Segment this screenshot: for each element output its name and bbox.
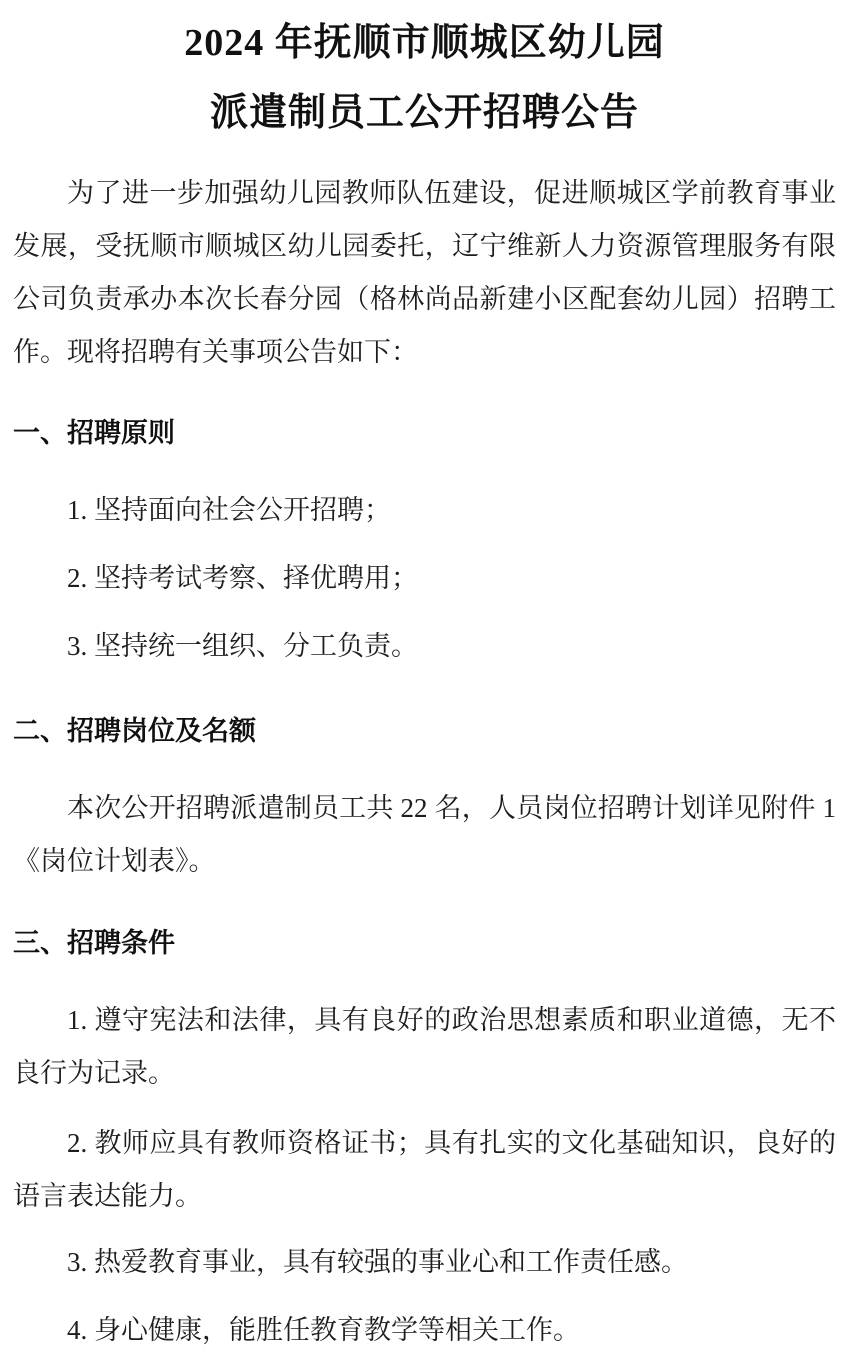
section-1-item-1: 1. 坚持面向社会公开招聘； — [13, 484, 836, 537]
section-2-heading: 二、招聘岗位及名额 — [13, 705, 836, 758]
section-1-item-3: 3. 坚持统一组织、分工负责。 — [13, 620, 836, 673]
section-3-item-4: 4. 身心健康，能胜任教育教学等相关工作。 — [13, 1304, 836, 1357]
section-2-paragraph: 本次公开招聘派遣制员工共 22 名，人员岗位招聘计划详见附件 1《岗位计划表》。 — [13, 782, 836, 888]
announcement-document: 2024 年抚顺市顺城区幼儿园 派遣制员工公开招聘公告 为了进一步加强幼儿园教师… — [13, 8, 836, 1357]
intro-paragraph: 为了进一步加强幼儿园教师队伍建设，促进顺城区学前教育事业发展，受抚顺市顺城区幼儿… — [13, 167, 836, 379]
section-1-heading: 一、招聘原则 — [13, 407, 836, 460]
section-3-item-2: 2. 教师应具有教师资格证书；具有扎实的文化基础知识，良好的语言表达能力。 — [13, 1117, 836, 1223]
section-3-item-1: 1. 遵守宪法和法律，具有良好的政治思想素质和职业道德，无不良行为记录。 — [13, 994, 836, 1100]
section-3-heading: 三、招聘条件 — [13, 917, 836, 970]
section-1-item-2: 2. 坚持考试考察、择优聘用； — [13, 552, 836, 605]
doc-title-line-1: 2024 年抚顺市顺城区幼儿园 — [13, 8, 836, 78]
section-3-item-3: 3. 热爱教育事业，具有较强的事业心和工作责任感。 — [13, 1236, 836, 1289]
doc-title-line-2: 派遣制员工公开招聘公告 — [13, 78, 836, 148]
